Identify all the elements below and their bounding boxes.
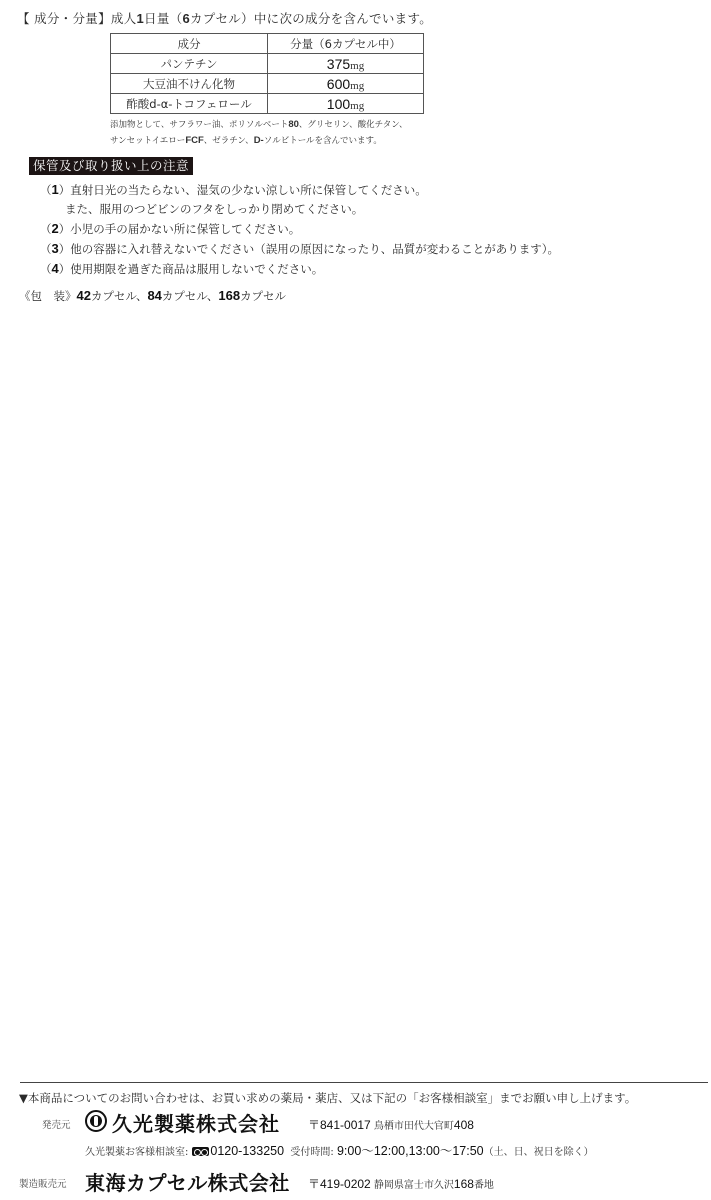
package-size: 42 <box>77 288 91 303</box>
package-size: 168 <box>218 288 240 303</box>
bracket-open: 【 <box>17 11 34 26</box>
list-item: （1）直射日光の当たらない、湿気の少ない涼しい所に保管してください。 <box>40 180 559 200</box>
seller-company-name: 久光製薬株式会社 <box>112 1108 280 1137</box>
customer-consultation-line: 久光製薬お客様相談室:0120-133250 受付時間: 9:00～12:00,… <box>85 1141 594 1159</box>
manufacturer-label: 製造販売元 <box>19 1176 67 1190</box>
intro-text: 成人 <box>111 11 137 26</box>
inquiry-note: ▼本商品についてのお問い合わせは、お買い求めの薬局・薬店、又は下記の「お客様相談… <box>19 1090 636 1106</box>
separator: 、 <box>207 289 219 303</box>
hours-label: 受付時間: <box>290 1147 333 1158</box>
amount-value: 100 <box>327 96 350 112</box>
ingredient-amount: 600mg <box>268 74 424 94</box>
free-dial-icon <box>192 1147 209 1156</box>
item-number: 2 <box>52 221 59 236</box>
intro-text: 日量（ <box>144 11 182 26</box>
address-text: 番地 <box>474 1180 494 1191</box>
list-item: （3）他の容器に入れ替えないでください（誤用の原因になったり、品質が変わることが… <box>40 239 559 259</box>
ingredient-name: 大豆油不けん化物 <box>111 74 268 94</box>
amount-unit: mg <box>350 100 364 112</box>
item-number: 4 <box>52 261 59 276</box>
postal-code: 〒419-0202 <box>308 1177 371 1191</box>
additives-text: 、ゼラチン、 <box>204 136 254 146</box>
consult-label: 久光製薬お客様相談室: <box>85 1147 188 1158</box>
list-item: （4）使用期限を過ぎた商品は服用しないでください。 <box>40 259 559 279</box>
column-header: 分量（6カプセル中） <box>268 34 424 54</box>
storage-heading: 保管及び取り扱い上の注意 <box>29 157 193 175</box>
divider <box>20 1082 708 1083</box>
address-number: 168 <box>454 1177 474 1191</box>
intro-number: 6 <box>182 11 190 26</box>
additives-text: サンセットイエロー <box>110 136 185 146</box>
additives-line: サンセットイエローFCF、ゼラチン、D-ソルビトールを含んでいます。 <box>110 133 408 149</box>
list-item-continuation: また、服用のつどビンのフタをしっかり閉めてください。 <box>40 200 559 219</box>
ingredients-table: 成分 分量（6カプセル中） パンテチン 375mg 大豆油不けん化物 600mg… <box>110 33 424 114</box>
intro-number: 1 <box>137 11 145 26</box>
ingredients-heading: 【 成分・分量】成人1日量（6カプセル）中に次の成分を含んでいます。 <box>17 9 432 27</box>
hisamitsu-logo-icon <box>85 1110 107 1132</box>
table-row: パンテチン 375mg <box>111 54 424 74</box>
additives-line: 添加物として、サフラワー油、ポリソルベート80、グリセリン、酸化チタン、 <box>110 117 408 133</box>
hours-note: （土、日、祝日を除く） <box>484 1147 594 1158</box>
ingredient-name: 酢酸d-α-トコフェロール <box>111 94 268 114</box>
table-header-row: 成分 分量（6カプセル中） <box>111 34 424 54</box>
section-title: 成分・分量 <box>34 11 98 26</box>
storage-precautions-list: （1）直射日光の当たらない、湿気の少ない涼しい所に保管してください。 また、服用… <box>40 180 559 279</box>
seller-label: 発売元 <box>42 1117 71 1131</box>
table-row: 大豆油不けん化物 600mg <box>111 74 424 94</box>
address-text: 静岡県富士市久沢 <box>371 1180 454 1191</box>
column-header: 成分 <box>111 34 268 54</box>
package-size: 84 <box>147 288 161 303</box>
amount-value: 600 <box>327 76 350 92</box>
packaging-line: 《包 装》42カプセル、84カプセル、168カプセル <box>19 288 286 304</box>
amount-unit: mg <box>350 80 364 92</box>
ingredient-name: パンテチン <box>111 54 268 74</box>
business-hours: 9:00～12:00,13:00～17:50 <box>337 1144 484 1158</box>
item-text: 他の容器に入れ替えないでください（誤用の原因になったり、品質が変わることがありま… <box>70 242 559 256</box>
additives-text: 添加物として、サフラワー油、ポリソルベート <box>110 120 288 130</box>
item-number: 1 <box>52 182 59 197</box>
item-text: 使用期限を過ぎた商品は服用しないでください。 <box>70 262 323 276</box>
additives-number: 80 <box>288 119 299 130</box>
package-unit: カプセル <box>91 289 136 303</box>
address-number: 408 <box>454 1118 474 1132</box>
postal-code: 〒841-0017 <box>308 1118 371 1132</box>
package-unit: カプセル <box>162 289 207 303</box>
ingredient-amount: 100mg <box>268 94 424 114</box>
amount-value: 375 <box>327 56 350 72</box>
additives-code: D- <box>254 135 264 146</box>
intro-text: カプセル）中に次の成分を含んでいます。 <box>190 11 432 26</box>
additives-text: 、グリセリン、酸化チタン、 <box>299 120 408 130</box>
amount-unit: mg <box>350 60 364 72</box>
additives-text: ソルビトールを含んでいます。 <box>264 136 382 146</box>
item-text: 小児の手の届かない所に保管してください。 <box>70 222 300 236</box>
table-row: 酢酸d-α-トコフェロール 100mg <box>111 94 424 114</box>
bracket-close: 】 <box>98 11 111 26</box>
additives-code: FCF <box>185 135 203 146</box>
seller-address: 〒841-0017 鳥栖市田代大官町408 <box>308 1116 474 1133</box>
address-text: 鳥栖市田代大官町 <box>371 1121 454 1132</box>
packaging-label: 《包 装》 <box>19 289 77 303</box>
manufacturer-company-name: 東海カプセル株式会社 <box>85 1167 290 1196</box>
ingredient-amount: 375mg <box>268 54 424 74</box>
package-unit: カプセル <box>240 289 286 303</box>
additives-note: 添加物として、サフラワー油、ポリソルベート80、グリセリン、酸化チタン、 サンセ… <box>110 117 408 149</box>
item-number: 3 <box>52 241 59 256</box>
manufacturer-address: 〒419-0202 静岡県富士市久沢168番地 <box>308 1175 494 1192</box>
separator: 、 <box>136 289 148 303</box>
list-item: （2）小児の手の届かない所に保管してください。 <box>40 219 559 239</box>
item-text: 直射日光の当たらない、湿気の少ない涼しい所に保管してください。 <box>70 183 427 197</box>
phone-number[interactable]: 0120-133250 <box>210 1144 284 1158</box>
